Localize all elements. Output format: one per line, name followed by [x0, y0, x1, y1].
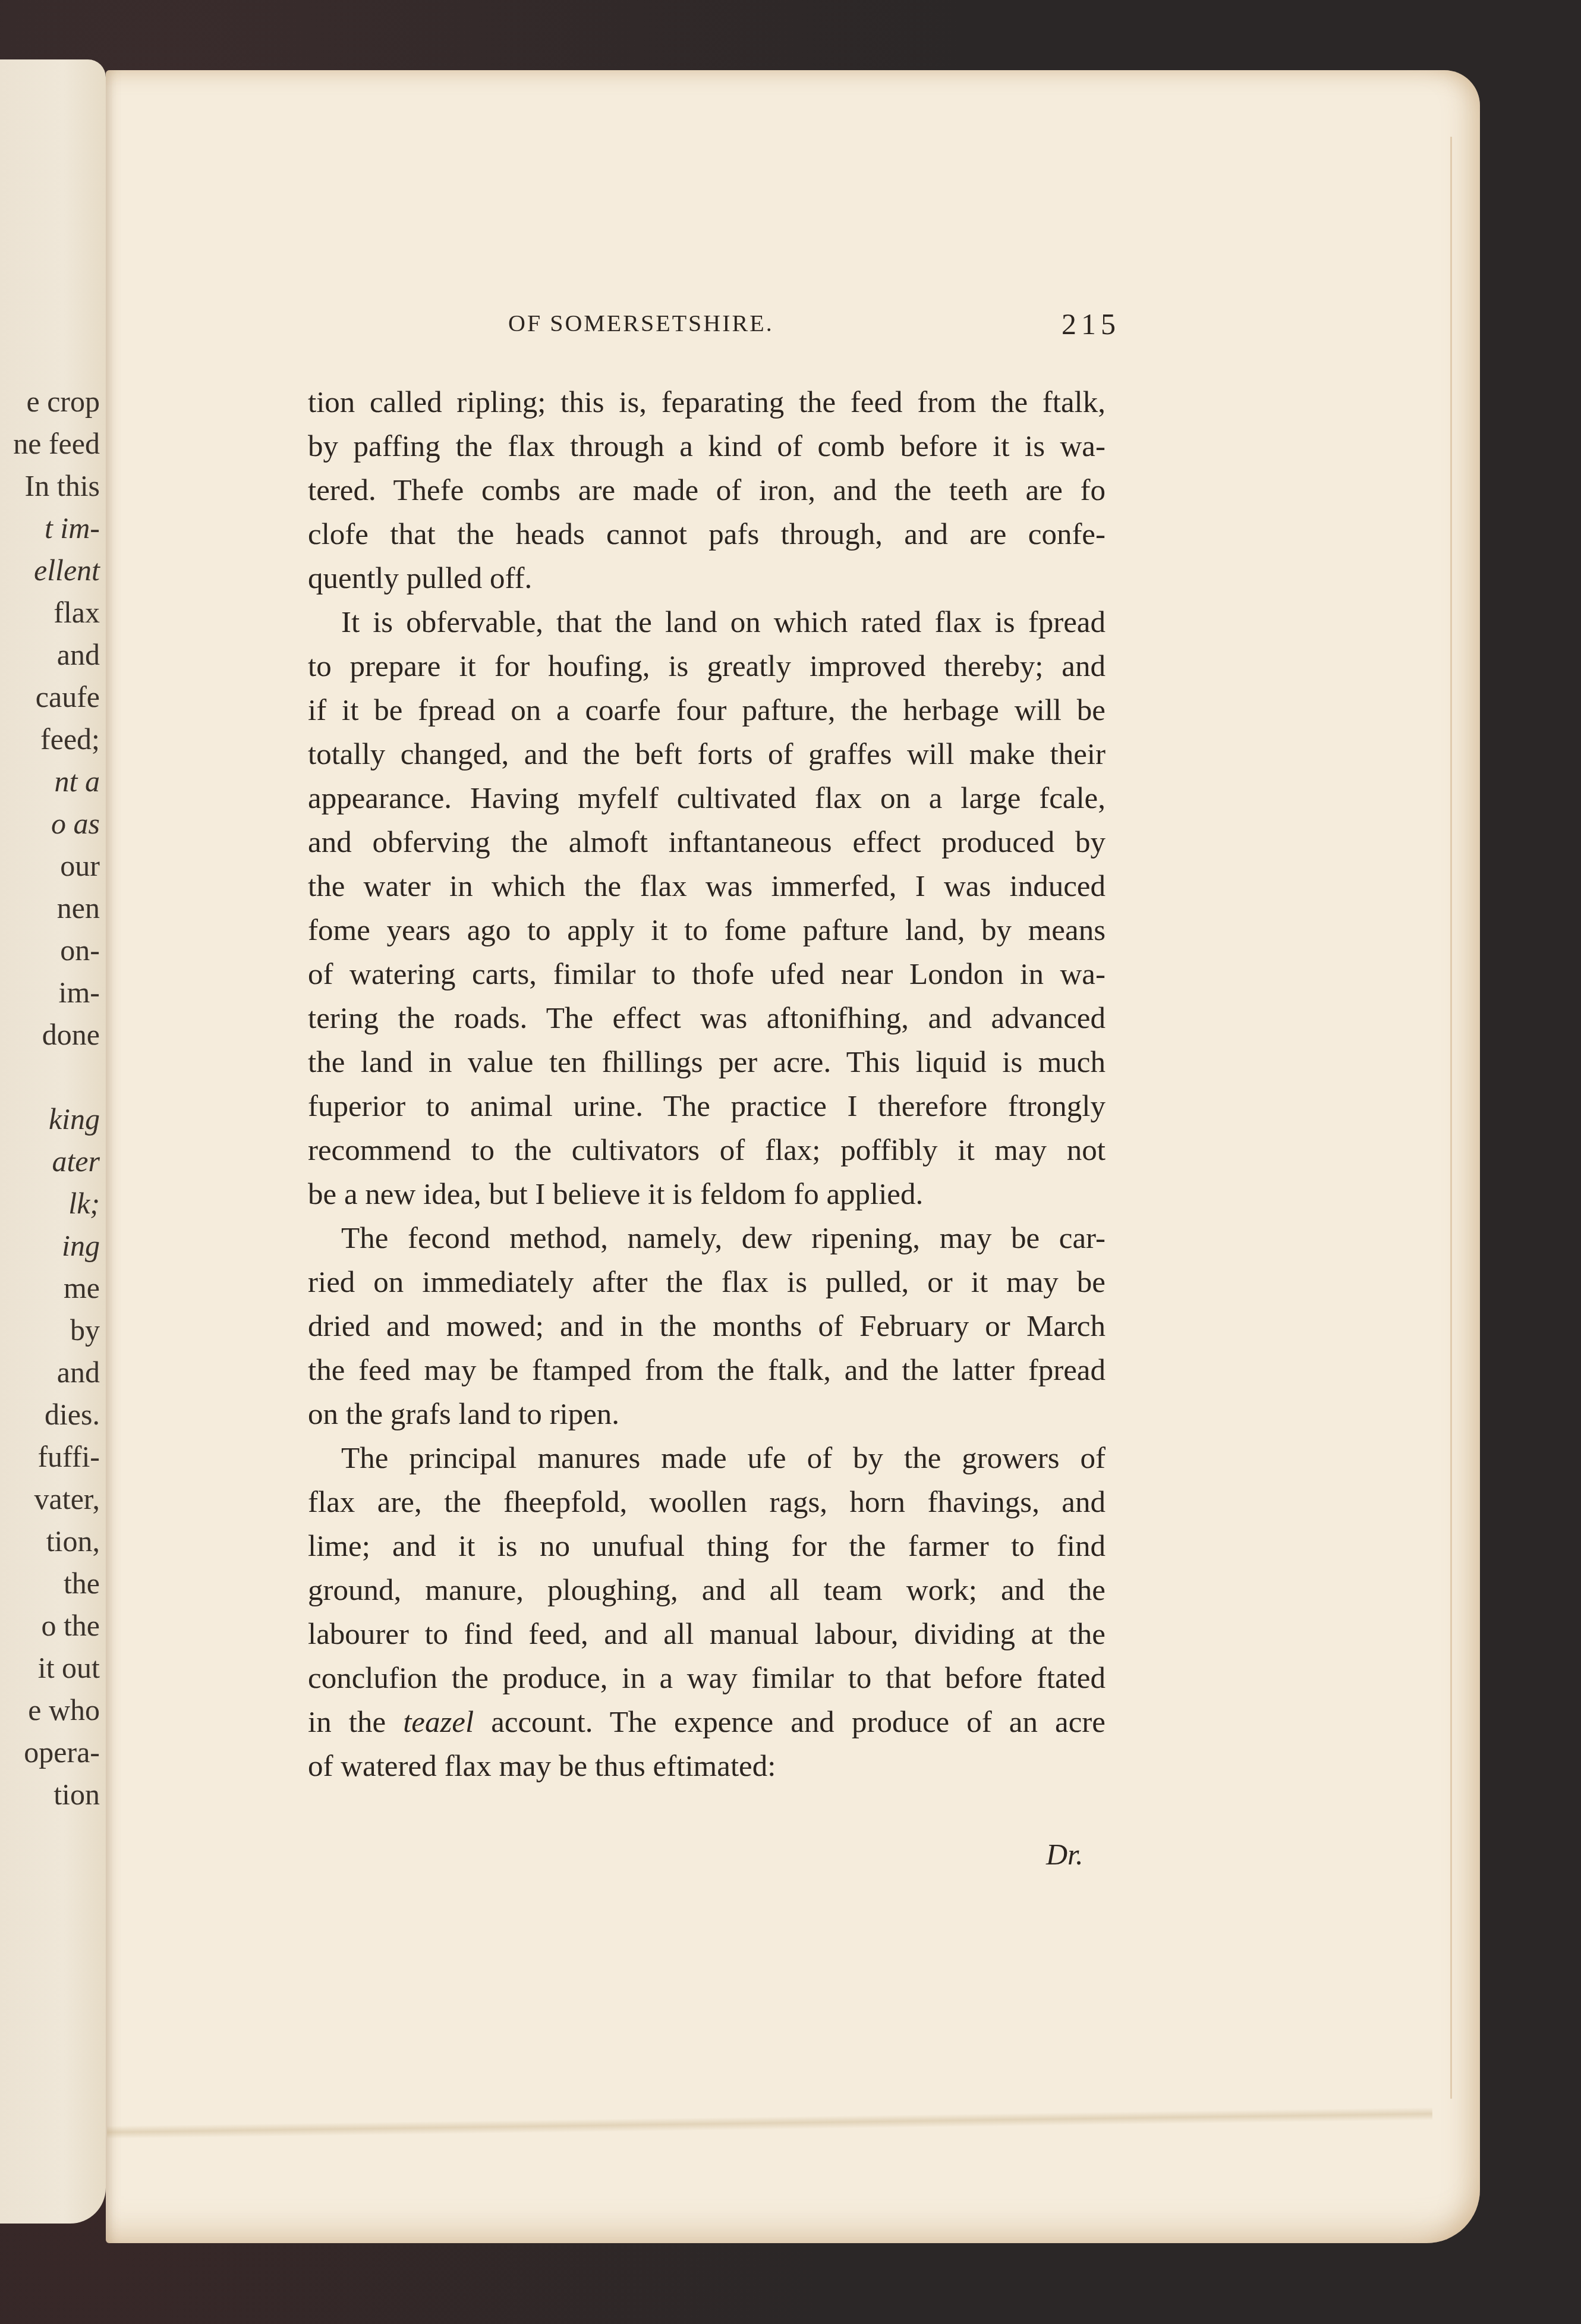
- left-fragment: ater: [13, 1140, 100, 1183]
- left-fragment: caufe: [13, 676, 100, 718]
- left-fragment: our: [13, 845, 100, 887]
- left-fragment: ing: [13, 1225, 100, 1267]
- left-fragment: im-: [13, 971, 100, 1014]
- text-line: The fecond method, namely, dew ripening,…: [308, 1216, 1106, 1260]
- left-fragment: tion: [13, 1773, 100, 1816]
- left-fragment: lk;: [13, 1183, 100, 1225]
- left-fragment: the: [13, 1562, 100, 1605]
- italic-term-teazel: teazel: [403, 1706, 474, 1739]
- page-fold-line: [1450, 137, 1452, 2099]
- text-line: lime; and it is no unufual thing for the…: [308, 1524, 1106, 1568]
- text-line: ried on immediately after the flax is pu…: [308, 1260, 1106, 1304]
- left-fragment: nt a: [13, 760, 100, 803]
- text-line: of watering carts, fimilar to thofe ufed…: [308, 952, 1106, 996]
- text-line: appearance. Having myfelf cultivated fla…: [308, 776, 1106, 820]
- text-line: by paffing the flax through a kind of co…: [308, 424, 1106, 468]
- text-line: be a new idea, but I believe it is feldo…: [308, 1172, 1106, 1216]
- page-number: 215: [1062, 307, 1120, 341]
- text-line: on the grafs land to ripen.: [308, 1392, 1106, 1436]
- text-line: the water in which the flax was immerfed…: [308, 864, 1106, 908]
- text-line: The principal manures made ufe of by the…: [308, 1436, 1106, 1480]
- left-fragment: ne feed: [13, 423, 100, 465]
- text-line: flax are, the fheepfold, woollen rags, h…: [308, 1480, 1106, 1524]
- text-line: tion called ripling; this is, feparating…: [308, 380, 1106, 424]
- catchword: Dr.: [1046, 1837, 1084, 1872]
- text-line: recommend to the cultivators of flax; po…: [308, 1128, 1106, 1172]
- left-fragment: done: [13, 1014, 100, 1056]
- left-fragment: o the: [13, 1605, 100, 1647]
- left-fragment: nen: [13, 887, 100, 929]
- left-fragment: it out: [13, 1647, 100, 1689]
- left-fragment: In this: [13, 465, 100, 507]
- text-span: account. The expence and produce of an a…: [474, 1706, 1106, 1739]
- left-page-edge: e crop ne feed In this t im- ellent flax…: [0, 59, 106, 2224]
- text-line: It is obfervable, that the land on which…: [308, 600, 1106, 644]
- left-fragment: opera-: [13, 1731, 100, 1773]
- left-fragment: tion,: [13, 1520, 100, 1562]
- left-fragment-gap: [13, 1056, 100, 1098]
- text-span: in the: [308, 1706, 403, 1739]
- left-fragment: on-: [13, 929, 100, 971]
- left-fragment: and: [13, 1351, 100, 1394]
- left-fragment: t im-: [13, 507, 100, 549]
- text-line: tered. Thefe combs are made of iron, and…: [308, 468, 1106, 512]
- text-line: to prepare it for houfing, is greatly im…: [308, 644, 1106, 688]
- text-line: if it be fpread on a coarfe four pafture…: [308, 688, 1106, 732]
- text-line: ground, manure, ploughing, and all team …: [308, 1568, 1106, 1612]
- left-fragment: e crop: [13, 380, 100, 423]
- text-line: the feed may be ftamped from the ftalk, …: [308, 1348, 1106, 1392]
- text-line: dried and mowed; and in the months of Fe…: [308, 1304, 1106, 1348]
- text-line: clofe that the heads cannot pafs through…: [308, 512, 1106, 556]
- text-line: the land in value ten fhillings per acre…: [308, 1040, 1106, 1084]
- text-line: quently pulled off.: [308, 556, 1106, 600]
- left-fragment: vater,: [13, 1478, 100, 1520]
- text-line: tering the roads. The effect was aftonif…: [308, 996, 1106, 1040]
- text-line: fuperior to animal urine. The practice I…: [308, 1084, 1106, 1128]
- text-line: of watered flax may be thus eftimated:: [308, 1744, 1106, 1788]
- text-line: and obferving the almoft inftantaneous e…: [308, 820, 1106, 864]
- left-fragment: e who: [13, 1689, 100, 1731]
- text-line: conclufion the produce, in a way fimilar…: [308, 1656, 1106, 1700]
- left-fragment: me: [13, 1267, 100, 1309]
- left-fragment: ellent: [13, 549, 100, 592]
- text-line-with-italic: in the teazel account. The expence and p…: [308, 1700, 1106, 1744]
- left-fragment: by: [13, 1309, 100, 1351]
- body-text: tion called ripling; this is, feparating…: [308, 380, 1106, 1788]
- left-fragment: dies.: [13, 1394, 100, 1436]
- text-line: totally changed, and the beft forts of g…: [308, 732, 1106, 776]
- left-fragment: king: [13, 1098, 100, 1140]
- left-fragment: o as: [13, 803, 100, 845]
- left-fragment: feed;: [13, 718, 100, 760]
- left-fragment: flax: [13, 592, 100, 634]
- text-line: fome years ago to apply it to fome paftu…: [308, 908, 1106, 952]
- running-head-title: OF SOMERSETSHIRE.: [508, 309, 774, 337]
- left-page-text-fragments: e crop ne feed In this t im- ellent flax…: [13, 380, 100, 1816]
- text-line: labourer to find feed, and all manual la…: [308, 1612, 1106, 1656]
- left-fragment: and: [13, 634, 100, 676]
- left-fragment: fuffi-: [13, 1436, 100, 1478]
